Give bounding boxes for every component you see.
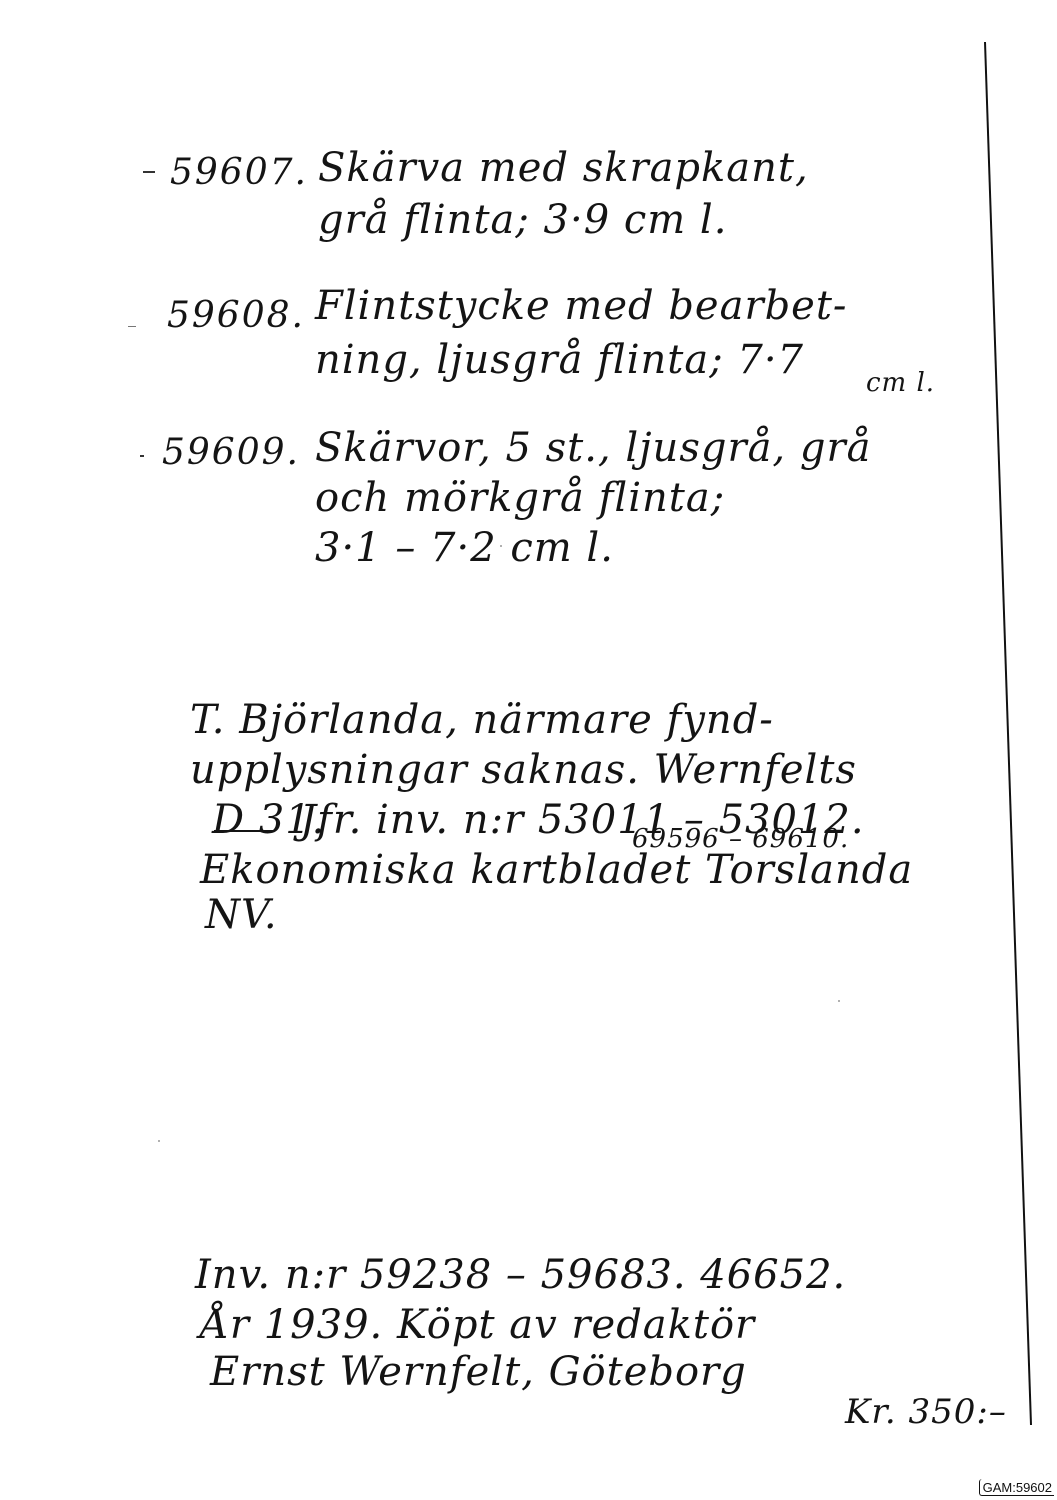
entry-59608-line-3: cm l.: [866, 370, 935, 396]
entry-number-59607: 59607.: [170, 155, 308, 191]
acquisition-line-1: Inv. n:r 59238 – 59683. 46652.: [195, 1255, 846, 1295]
entry-tick-mark: [128, 326, 136, 327]
scan-speck: [158, 1140, 160, 1142]
entry-59608-line-1: Flintstycke med bearbet-: [315, 286, 847, 326]
entry-59609-line-2: och mörkgrå flinta;: [315, 478, 725, 518]
entry-tick-mark: [143, 171, 155, 173]
provenance-line-7: NV.: [205, 895, 278, 935]
provenance-line-6: Ekonomiska kartbladet Torslanda: [200, 850, 913, 890]
scan-speck: [500, 545, 502, 547]
archive-id-stamp: GAM:59602: [979, 1479, 1054, 1496]
entry-tick-mark: [140, 455, 144, 457]
document-page: 59607. Skärva med skrapkant, grå flinta;…: [0, 0, 1057, 1500]
entry-number-59609: 59609.: [162, 435, 300, 471]
scan-speck: [838, 1000, 840, 1002]
entry-number-59608: 59608.: [167, 298, 305, 334]
entry-59609-line-3: 3·1 – 7·2 cm l.: [315, 528, 614, 568]
entry-59609-line-1: Skärvor, 5 st., ljusgrå, grå: [315, 428, 871, 468]
acquisition-price: Kr. 350:–: [845, 1395, 1007, 1429]
entry-59607-line-2: grå flinta; 3·9 cm l.: [318, 200, 727, 240]
entry-59608-line-2: ning, ljusgrå flinta; 7·7: [315, 340, 804, 380]
acquisition-line-2: År 1939. Köpt av redaktör: [200, 1305, 755, 1345]
provenance-underline: [214, 830, 274, 832]
acquisition-line-3: Ernst Wernfelt, Göteborg: [210, 1352, 747, 1392]
entry-59607-line-1: Skärva med skrapkant,: [318, 148, 809, 188]
provenance-line-1: T. Björlanda, närmare fynd-: [190, 700, 774, 740]
provenance-line-2: upplysningar saknas. Wernfelts: [190, 750, 857, 790]
